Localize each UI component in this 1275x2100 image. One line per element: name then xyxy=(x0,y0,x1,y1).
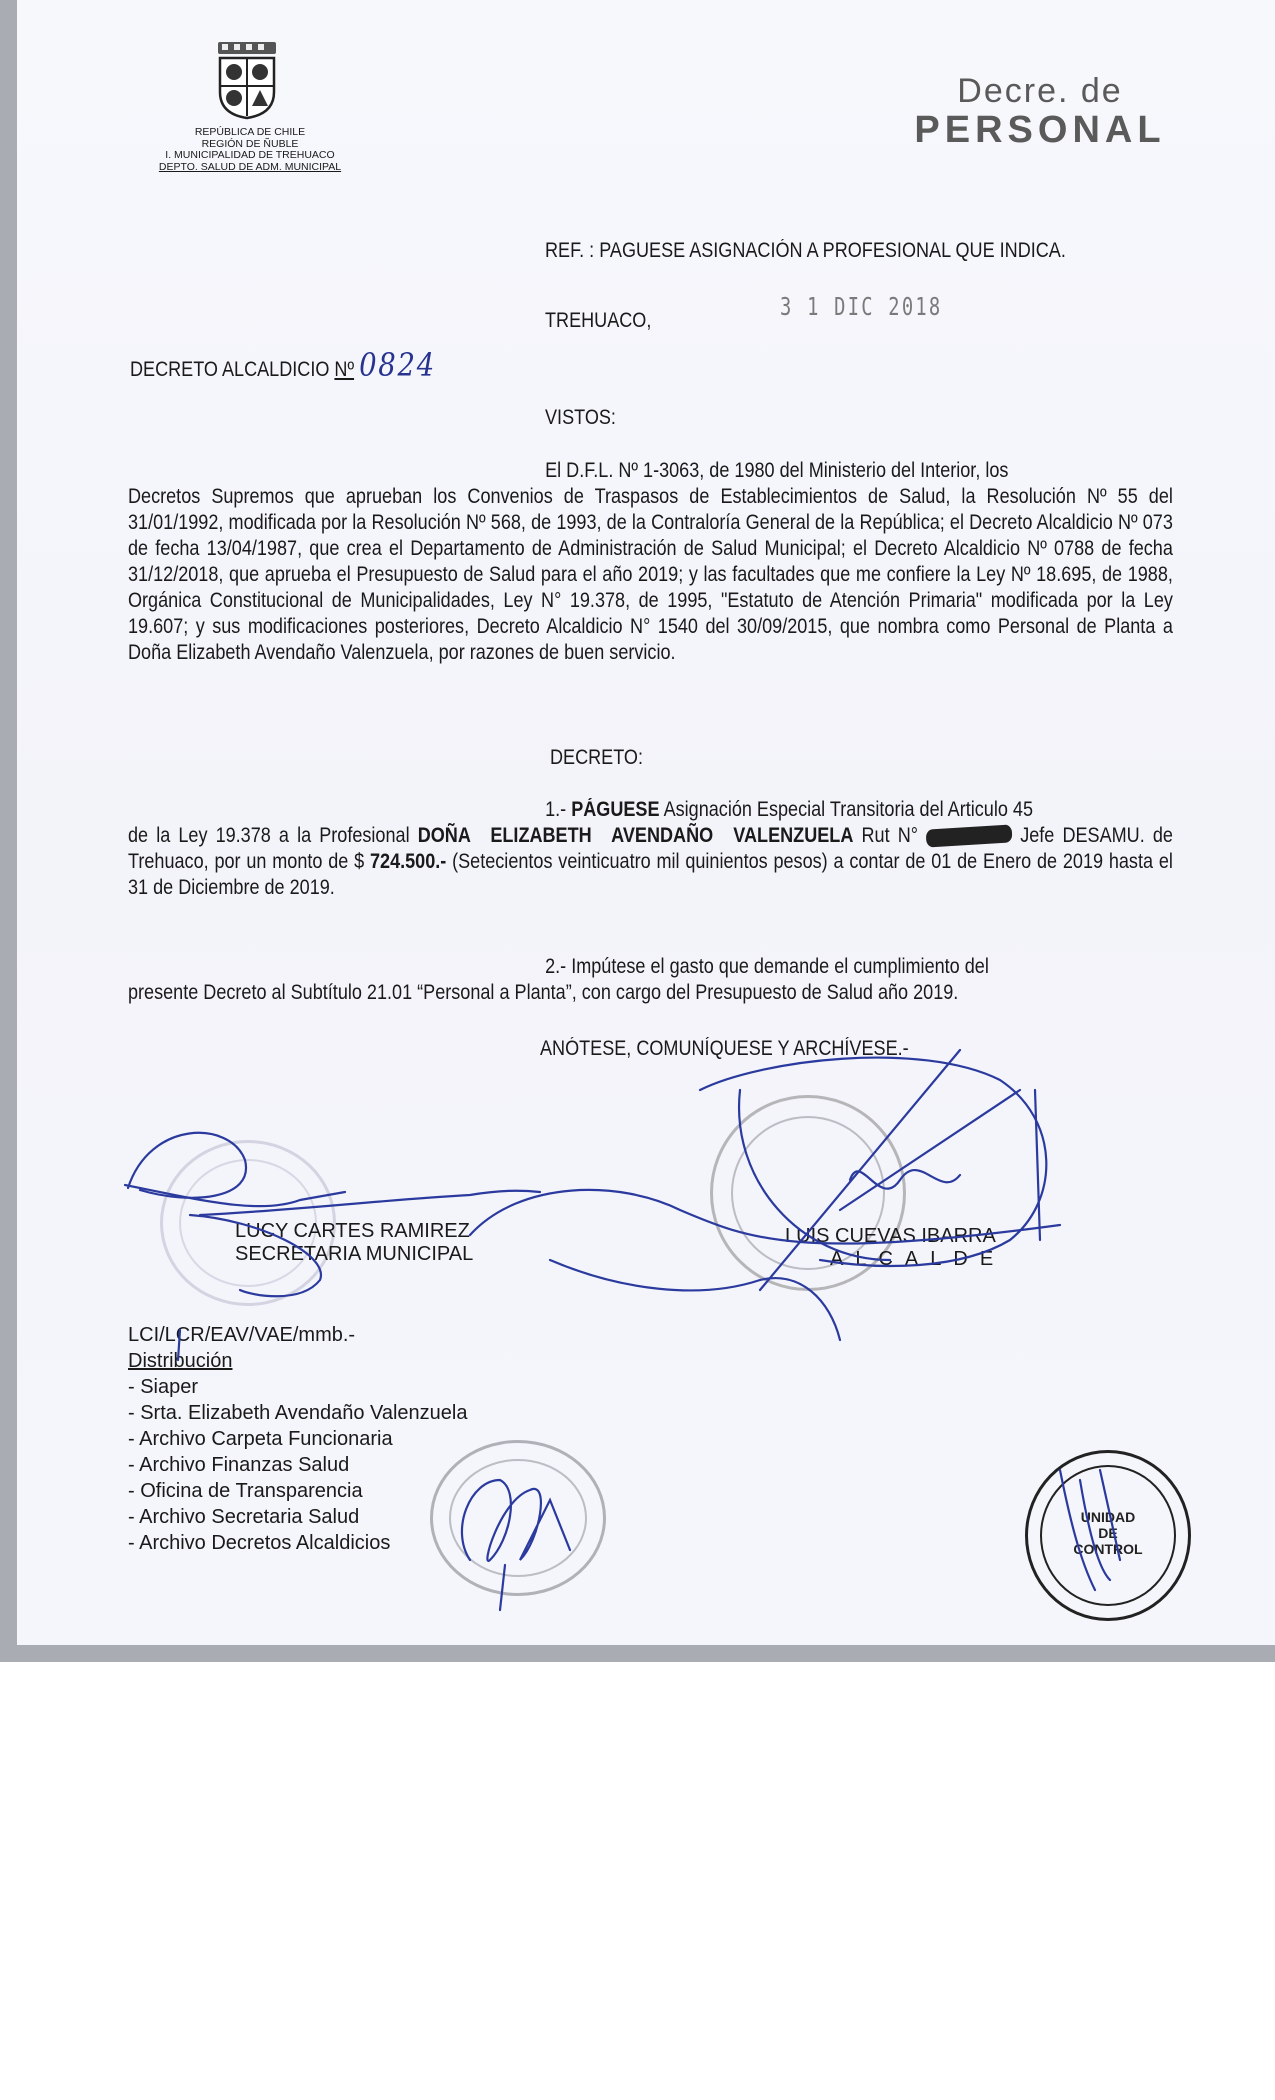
personal-decree-stamp: Decre. de PERSONAL xyxy=(880,72,1200,150)
number-label: Nº xyxy=(334,358,354,381)
decree-label: DECRETO ALCALDICIO xyxy=(130,358,329,381)
org-line: I. MUNICIPALIDAD DE TREHUACO xyxy=(120,150,380,162)
stamp-line-1: Decre. de xyxy=(880,72,1200,110)
date-stamp: 3 1 DIC 2018 xyxy=(780,292,942,321)
coat-of-arms-icon xyxy=(210,40,284,120)
stamp-line-2: PERSONAL xyxy=(880,110,1200,150)
article-2-first-line: 2.- Impútese el gasto que demande el cum… xyxy=(128,954,1173,980)
article-2-body: presente Decreto al Subtítulo 21.01 “Per… xyxy=(128,980,1173,1006)
redacted-rut xyxy=(926,825,1013,848)
signatory-role: ALCALDE xyxy=(785,1248,1005,1271)
distribution-heading: Distribución xyxy=(128,1348,468,1374)
article-1: 1.- PÁGUESE Asignación Especial Transito… xyxy=(128,797,1173,901)
article-2: 2.- Impútese el gasto que demande el cum… xyxy=(128,954,1173,1006)
amount: 724.500.- xyxy=(370,850,446,873)
signatory-secretaria: LUCY CARTES RAMIREZ SECRETARIA MUNICIPAL xyxy=(235,1220,473,1266)
place-line: TREHUACO, xyxy=(545,308,651,334)
unidad-de-control-seal: UNIDAD DE CONTROL xyxy=(1025,1450,1191,1621)
rut-label: Rut N° xyxy=(861,824,917,847)
distribution-item: - Archivo Carpeta Funcionaria xyxy=(128,1426,468,1452)
issuing-authority: REPÚBLICA DE CHILE REGIÓN DE ÑUBLE I. MU… xyxy=(120,127,380,173)
reference-line: REF. : PAGUESE ASIGNACIÓN A PROFESIONAL … xyxy=(545,238,1066,264)
article-number: 1.- xyxy=(545,798,566,821)
article-text: Asignación Especial Transitoria del Arti… xyxy=(664,798,1033,821)
vistos-body: El D.F.L. Nº 1-3063, de 1980 del Ministe… xyxy=(128,458,1173,666)
distribution-list: - Siaper - Srta. Elizabeth Avendaño Vale… xyxy=(128,1374,468,1556)
decree-number: DECRETO ALCALDICIO Nº 0824 xyxy=(130,352,436,383)
signatory-name: LUIS CUEVAS IBARRA xyxy=(785,1225,1005,1248)
beneficiary-name: DOÑA ELIZABETH AVENDAÑO VALENZUELA xyxy=(418,824,854,847)
distribution-item: - Archivo Secretaria Salud xyxy=(128,1504,468,1530)
vistos-first-line: El D.F.L. Nº 1-3063, de 1980 del Ministe… xyxy=(128,458,1173,484)
article-1-first-line: 1.- PÁGUESE Asignación Especial Transito… xyxy=(128,797,1173,823)
distribution-item: - Srta. Elizabeth Avendaño Valenzuela xyxy=(128,1400,468,1426)
vistos-heading: VISTOS: xyxy=(545,405,616,431)
department-line: DEPTO. SALUD DE ADM. MUNICIPAL xyxy=(120,162,380,174)
initials: LCI/LCR/EAV/VAE/mmb.- xyxy=(128,1322,468,1348)
signatory-alcalde: LUIS CUEVAS IBARRA ALCALDE xyxy=(785,1225,1005,1271)
seal-text: UNIDAD xyxy=(1028,1509,1188,1525)
article-1-body: de la Ley 19.378 a la Profesional DOÑA E… xyxy=(128,823,1173,901)
distribution-item: - Archivo Decretos Alcaldicios xyxy=(128,1530,468,1556)
distribution-block: LCI/LCR/EAV/VAE/mmb.- Distribución - Sia… xyxy=(128,1322,468,1556)
org-line: REPÚBLICA DE CHILE xyxy=(120,127,380,139)
distribution-item: - Archivo Finanzas Salud xyxy=(128,1452,468,1478)
distribution-item: - Siaper xyxy=(128,1374,468,1400)
seal-text: DE xyxy=(1028,1525,1188,1541)
distribution-item: - Oficina de Transparencia xyxy=(128,1478,468,1504)
signatory-name: LUCY CARTES RAMIREZ xyxy=(235,1220,473,1243)
seal-text: CONTROL xyxy=(1028,1541,1188,1557)
article-verb: PÁGUESE xyxy=(571,798,659,821)
closing-formula: ANÓTESE, COMUNÍQUESE Y ARCHÍVESE.- xyxy=(540,1036,909,1062)
signatory-role: SECRETARIA MUNICIPAL xyxy=(235,1243,473,1266)
decreto-heading: DECRETO: xyxy=(550,745,643,771)
handwritten-decree-number: 0824 xyxy=(359,346,436,384)
vistos-text: Decretos Supremos que aprueban los Conve… xyxy=(128,484,1173,666)
seal-center-text: UNIDAD DE CONTROL xyxy=(1028,1509,1188,1557)
article-text: de la Ley 19.378 a la Profesional xyxy=(128,824,410,847)
